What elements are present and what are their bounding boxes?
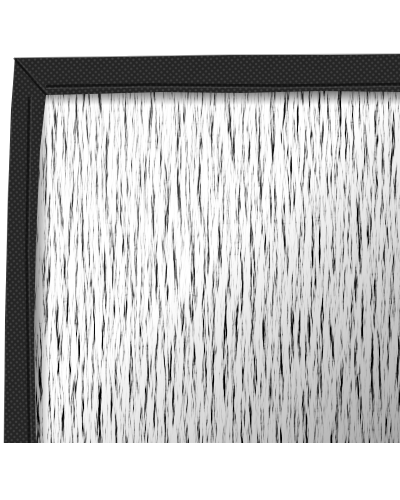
photo-caption: Crinkled silver aluminium foil surface b…	[0, 445, 1, 446]
foil-glow-top-left	[28, 84, 400, 443]
foil-surface	[28, 84, 400, 443]
fold-seam-top	[46, 84, 400, 86]
page-canvas: Crinkled silver aluminium foil surface b…	[0, 0, 400, 500]
product-photo: Crinkled silver aluminium foil surface b…	[0, 0, 400, 445]
